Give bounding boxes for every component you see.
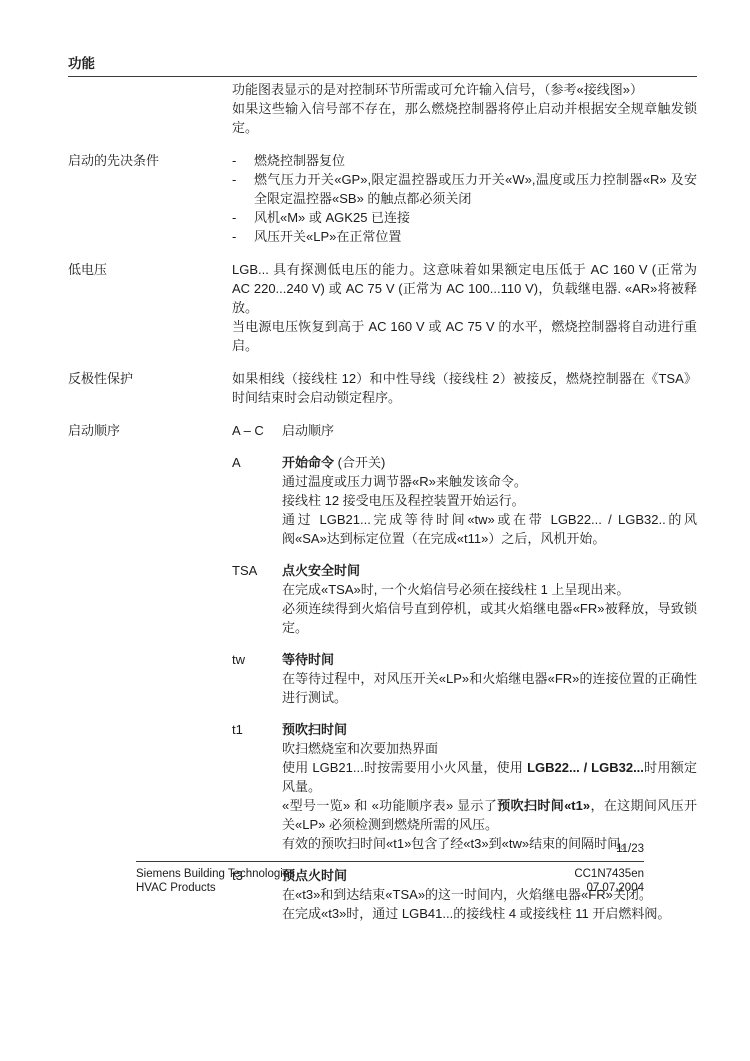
term-definition: 点火安全时间在完成«TSA»时, 一个火焰信号必须在接线柱 1 上呈现出来。必须…: [282, 561, 697, 637]
term-definition: 开始命令 (合开关)通过温度或压力调节器«R»来触发该命令。接线柱 12 接受电…: [282, 453, 697, 548]
section-label: 启动的先决条件: [68, 151, 232, 246]
doc-code: CC1N7435en: [574, 867, 644, 881]
bullet-text: 燃气压力开关«GP»,限定温控器或压力开关«W»,温度或压力控制器«R» 及安全…: [254, 170, 697, 208]
text-segment: (合开关): [334, 455, 385, 470]
term-key: t1: [232, 720, 282, 853]
text-segment: 当电源电压恢复到高于 AC 160 V 或 AC 75 V 的水平，燃烧控制器将…: [232, 319, 697, 353]
term-line: 在等待过程中，对风压开关«LP»和火焰继电器«FR»的连接位置的正确性进行测试。: [282, 669, 697, 707]
bullet-item: -风机«M» 或 AGK25 已连接: [232, 208, 697, 227]
text-segment: 开始命令: [282, 455, 334, 470]
text-segment: 必须连续得到火焰信号直到停机，或其火焰继电器«FR»被释放，导致锁定。: [282, 601, 697, 635]
text-segment: 等待时间: [282, 652, 334, 667]
company-name: Siemens Building Technologies: [136, 867, 295, 881]
term-heading: 预吹扫时间: [282, 720, 697, 739]
term-key: tw: [232, 650, 282, 707]
term-block: t1预吹扫时间吹扫燃烧室和次要加热界面使用 LGB21...时按需要用小火风量，…: [232, 720, 697, 853]
term-line: 在完成«t3»时，通过 LGB41...的接线柱 4 或接线柱 11 开启燃料阀…: [282, 904, 697, 923]
bullet-item: -燃气压力开关«GP»,限定温控器或压力开关«W»,温度或压力控制器«R» 及安…: [232, 170, 697, 208]
text-segment: 预吹扫时间«t1»: [497, 798, 590, 813]
text-segment: 风机«M» 或 AGK25 已连接: [254, 210, 410, 225]
bullet-text: 风压开关«LP»在正常位置: [254, 227, 697, 246]
section: 低电压LGB... 具有探测低电压的能力。这意味着如果额定电压低于 AC 160…: [68, 260, 697, 355]
bullet-item: -燃烧控制器复位: [232, 151, 697, 170]
section-label: 低电压: [68, 260, 232, 355]
term-line: 吹扫燃烧室和次要加热界面: [282, 739, 697, 758]
page-number: 11/23: [136, 842, 644, 856]
footer-right: CC1N7435en 07.07.2004: [574, 867, 644, 895]
section-body: LGB... 具有探测低电压的能力。这意味着如果额定电压低于 AC 160 V …: [232, 260, 697, 355]
text-segment: 燃气压力开关«GP»,限定温控器或压力开关«W»,温度或压力控制器«R» 及安全…: [254, 172, 697, 206]
bullet-item: -风压开关«LP»在正常位置: [232, 227, 697, 246]
footer-left: Siemens Building Technologies HVAC Produ…: [136, 867, 295, 895]
text-segment: 燃烧控制器复位: [254, 153, 345, 168]
term-line: 接线柱 12 接受电压及程控装置开始运行。: [282, 491, 697, 510]
text-segment: 点火安全时间: [282, 563, 360, 578]
term-heading: 开始命令 (合开关): [282, 453, 697, 472]
text-segment: «型号一览» 和 «功能顺序表» 显示了: [282, 798, 497, 813]
bullet-dash-icon: -: [232, 208, 254, 227]
text-segment: 预吹扫时间: [282, 722, 347, 737]
text-segment: 通过 LGB21...完成等待时间«tw»或在带 LGB22... / LGB3…: [282, 512, 697, 546]
text-segment: 启动顺序: [282, 423, 334, 438]
doc-date: 07.07.2004: [574, 881, 644, 895]
text-segment: 风压开关«LP»在正常位置: [254, 229, 401, 244]
text-segment: 接线柱 12 接受电压及程控装置开始运行。: [282, 493, 525, 508]
term-line: 通过 LGB21...完成等待时间«tw»或在带 LGB22... / LGB3…: [282, 510, 697, 548]
text-segment: 在完成«t3»时，通过 LGB41...的接线柱 4 或接线柱 11 开启燃料阀…: [282, 906, 670, 921]
section-label: 反极性保护: [68, 369, 232, 407]
paragraph-line: 如果这些输入信号部不存在，那么燃烧控制器将停止启动并根据安全规章触发锁定。: [232, 99, 697, 137]
text-segment: 在等待过程中，对风压开关«LP»和火焰继电器«FR»的连接位置的正确性进行测试。: [282, 671, 697, 705]
company-division: HVAC Products: [136, 881, 295, 895]
term-block: A – C启动顺序: [232, 421, 697, 440]
term-line: 在完成«TSA»时, 一个火焰信号必须在接线柱 1 上呈现出来。: [282, 580, 697, 599]
section-label: [68, 80, 232, 137]
text-segment: 吹扫燃烧室和次要加热界面: [282, 741, 438, 756]
section: 启动的先决条件-燃烧控制器复位-燃气压力开关«GP»,限定温控器或压力开关«W»…: [68, 151, 697, 246]
paragraph-line: LGB... 具有探测低电压的能力。这意味着如果额定电压低于 AC 160 V …: [232, 260, 697, 317]
text-segment: 在完成«TSA»时, 一个火焰信号必须在接线柱 1 上呈现出来。: [282, 582, 629, 597]
doc-footer: 11/23 Siemens Building Technologies HVAC…: [136, 842, 644, 895]
term-block: TSA点火安全时间在完成«TSA»时, 一个火焰信号必须在接线柱 1 上呈现出来…: [232, 561, 697, 637]
bullet-dash-icon: -: [232, 151, 254, 170]
term-key: TSA: [232, 561, 282, 637]
term-heading: 等待时间: [282, 650, 697, 669]
term-block: tw等待时间在等待过程中，对风压开关«LP»和火焰继电器«FR»的连接位置的正确…: [232, 650, 697, 707]
term-key: A: [232, 453, 282, 548]
bullet-dash-icon: -: [232, 227, 254, 246]
footer-rule: [136, 861, 644, 862]
text-segment: 通过温度或压力调节器«R»来触发该命令。: [282, 474, 527, 489]
page-inner: 功能 功能图表显示的是对控制环节所需或可允许输入信号，（参考«接线图»）如果这些…: [68, 0, 697, 923]
document-page: { "page": { "header": { "title": "功能" },…: [0, 0, 750, 1061]
term-key: A – C: [232, 421, 282, 440]
section-body: 功能图表显示的是对控制环节所需或可允许输入信号，（参考«接线图»）如果这些输入信…: [232, 80, 697, 137]
term-definition: 启动顺序: [282, 421, 697, 440]
term-line: 启动顺序: [282, 421, 697, 440]
paragraph-line: 如果相线（接线柱 12）和中性导线（接线柱 2）被接反，燃烧控制器在《TSA》时…: [232, 369, 697, 407]
section: 反极性保护如果相线（接线柱 12）和中性导线（接线柱 2）被接反，燃烧控制器在《…: [68, 369, 697, 407]
term-block: A开始命令 (合开关)通过温度或压力调节器«R»来触发该命令。接线柱 12 接受…: [232, 453, 697, 548]
bullet-text: 风机«M» 或 AGK25 已连接: [254, 208, 697, 227]
term-line: «型号一览» 和 «功能顺序表» 显示了预吹扫时间«t1»，在这期间风压开关«L…: [282, 796, 697, 834]
text-segment: LGB22... / LGB32...: [527, 760, 644, 775]
term-definition: 预吹扫时间吹扫燃烧室和次要加热界面使用 LGB21...时按需要用小火风量，使用…: [282, 720, 697, 853]
doc-header: 功能: [68, 54, 697, 77]
text-segment: 功能图表显示的是对控制环节所需或可允许输入信号，（参考«接线图»）: [232, 82, 643, 97]
section-body: -燃烧控制器复位-燃气压力开关«GP»,限定温控器或压力开关«W»,温度或压力控…: [232, 151, 697, 246]
page-title: 功能: [68, 56, 95, 71]
footer-columns: Siemens Building Technologies HVAC Produ…: [136, 867, 644, 895]
term-line: 必须连续得到火焰信号直到停机，或其火焰继电器«FR»被释放，导致锁定。: [282, 599, 697, 637]
term-line: 使用 LGB21...时按需要用小火风量，使用 LGB22... / LGB32…: [282, 758, 697, 796]
text-segment: 使用 LGB21...时按需要用小火风量，使用: [282, 760, 527, 775]
text-segment: 如果相线（接线柱 12）和中性导线（接线柱 2）被接反，燃烧控制器在《TSA》时…: [232, 371, 697, 405]
term-line: 通过温度或压力调节器«R»来触发该命令。: [282, 472, 697, 491]
section-body: 如果相线（接线柱 12）和中性导线（接线柱 2）被接反，燃烧控制器在《TSA》时…: [232, 369, 697, 407]
text-segment: LGB... 具有探测低电压的能力。这意味着如果额定电压低于 AC 160 V …: [232, 262, 697, 315]
bullet-dash-icon: -: [232, 170, 254, 208]
content-sections: 功能图表显示的是对控制环节所需或可允许输入信号，（参考«接线图»）如果这些输入信…: [68, 80, 697, 923]
section: 功能图表显示的是对控制环节所需或可允许输入信号，（参考«接线图»）如果这些输入信…: [68, 80, 697, 137]
text-segment: 如果这些输入信号部不存在，那么燃烧控制器将停止启动并根据安全规章触发锁定。: [232, 101, 697, 135]
paragraph-line: 当电源电压恢复到高于 AC 160 V 或 AC 75 V 的水平，燃烧控制器将…: [232, 317, 697, 355]
term-definition: 等待时间在等待过程中，对风压开关«LP»和火焰继电器«FR»的连接位置的正确性进…: [282, 650, 697, 707]
paragraph-line: 功能图表显示的是对控制环节所需或可允许输入信号，（参考«接线图»）: [232, 80, 697, 99]
term-heading: 点火安全时间: [282, 561, 697, 580]
bullet-text: 燃烧控制器复位: [254, 151, 697, 170]
